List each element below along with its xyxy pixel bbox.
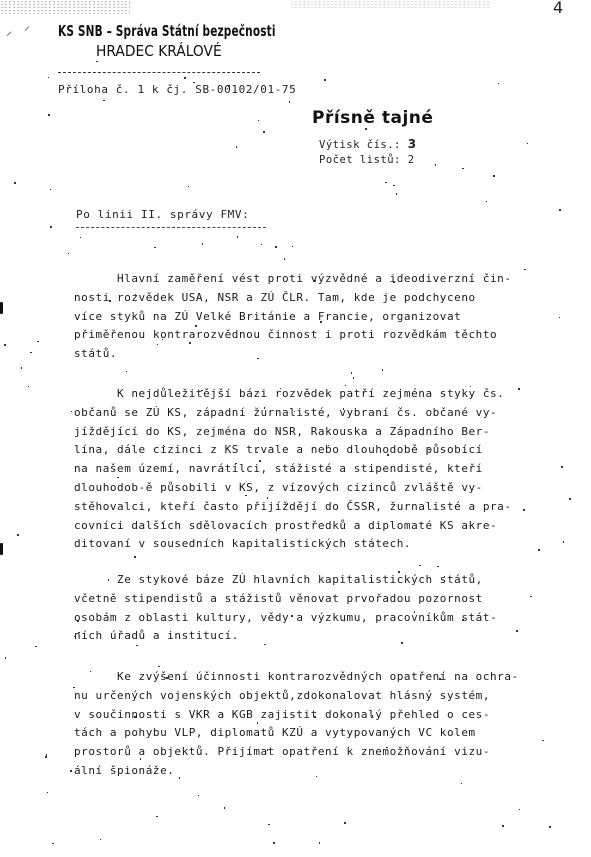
speck bbox=[444, 576, 446, 578]
text-line: ditovaní v sousedních kapitalistických s… bbox=[74, 535, 591, 554]
speck bbox=[385, 182, 387, 184]
speck bbox=[188, 186, 190, 188]
speck bbox=[73, 687, 75, 689]
copy-number-line: Výtisk čís.: 3 bbox=[319, 137, 417, 151]
speck bbox=[258, 120, 260, 122]
text-line: občanů se ZÚ KS, západní žurnalisté, vyb… bbox=[74, 404, 591, 423]
speck bbox=[519, 809, 521, 811]
speck bbox=[50, 226, 52, 228]
speck bbox=[45, 756, 47, 758]
classification-stamp: Přísně tajné bbox=[312, 108, 433, 128]
speck bbox=[237, 236, 239, 238]
speck bbox=[71, 411, 73, 413]
speck bbox=[518, 388, 520, 390]
speck bbox=[228, 85, 230, 87]
speck bbox=[559, 317, 561, 319]
speck bbox=[275, 246, 277, 248]
speck bbox=[561, 466, 563, 468]
speck bbox=[108, 579, 110, 581]
speck bbox=[284, 258, 286, 260]
speck bbox=[78, 632, 80, 634]
text-line: covníci dalších sdělovacích prostředků a… bbox=[74, 517, 591, 536]
speck bbox=[365, 128, 367, 130]
text-line: K nejdůležitější bázi rozvědek patří zej… bbox=[74, 385, 591, 404]
speck bbox=[201, 390, 203, 392]
speck bbox=[267, 497, 269, 499]
speck bbox=[559, 209, 561, 211]
speck bbox=[280, 388, 282, 390]
paragraph-3: Ze stykové báze ZÚ hlavních kapitalistic… bbox=[74, 571, 591, 646]
text-line: přiměřenou kontrarozvědnou činnost i pro… bbox=[74, 326, 591, 345]
text-line: Ze stykové báze ZÚ hlavních kapitalistic… bbox=[74, 571, 591, 590]
speck bbox=[314, 280, 316, 282]
speck bbox=[47, 792, 49, 794]
speck bbox=[309, 393, 311, 395]
speck bbox=[385, 120, 387, 122]
speck bbox=[542, 740, 544, 742]
speck bbox=[320, 321, 322, 323]
speck bbox=[96, 61, 98, 63]
speck bbox=[103, 100, 105, 102]
speck bbox=[563, 541, 565, 543]
text-line: Hlavní zaměření vést proti výzvědné a id… bbox=[74, 270, 591, 289]
speck bbox=[319, 842, 321, 844]
speck bbox=[21, 367, 23, 369]
text-line: nosti rozvědek USA, NSR a ZÚ ČLR. Tam, k… bbox=[74, 289, 591, 308]
speck bbox=[257, 722, 259, 724]
speck bbox=[382, 369, 384, 371]
text-line: osobám z oblasti kultury, vědy a výzkumu… bbox=[74, 609, 591, 628]
speck bbox=[100, 839, 102, 841]
speck bbox=[90, 671, 92, 673]
speck bbox=[48, 114, 50, 116]
speck bbox=[157, 344, 159, 346]
speck bbox=[4, 344, 6, 346]
speck bbox=[52, 843, 54, 845]
speck bbox=[387, 454, 389, 456]
text-line: stěhovalci, kteří často přijíždějí do ČS… bbox=[74, 498, 591, 517]
speck bbox=[162, 339, 164, 341]
speck bbox=[236, 146, 238, 148]
speck bbox=[386, 747, 388, 749]
speck bbox=[328, 445, 330, 447]
speck bbox=[351, 372, 353, 374]
speck bbox=[493, 175, 495, 177]
speck bbox=[287, 503, 289, 505]
page-number: 4 bbox=[553, 0, 563, 16]
speck bbox=[428, 449, 430, 451]
speck bbox=[343, 408, 345, 410]
speck bbox=[245, 495, 247, 497]
text-line: včetně stipendistů a stážistů věnovat pr… bbox=[74, 590, 591, 609]
speck bbox=[419, 565, 421, 567]
speck bbox=[70, 770, 72, 772]
speck bbox=[140, 758, 142, 760]
text-line: Ke zvýšení účinnosti kontrarozvědných op… bbox=[74, 668, 591, 687]
speck bbox=[195, 325, 197, 327]
speck bbox=[179, 777, 181, 779]
scan-noise bbox=[0, 0, 130, 14]
text-line: nu určených vojenských objektů,zdokonalo… bbox=[74, 687, 591, 706]
paragraph-2: K nejdůležitější bázi rozvědek patří zej… bbox=[74, 385, 591, 554]
speck bbox=[462, 619, 464, 621]
speck bbox=[372, 715, 374, 717]
speck bbox=[134, 556, 136, 558]
speck bbox=[294, 411, 296, 413]
speck bbox=[17, 534, 19, 536]
speck bbox=[527, 143, 529, 145]
speck bbox=[435, 164, 437, 166]
copy-number-label: Výtisk čís.: bbox=[319, 139, 401, 151]
speck bbox=[437, 566, 439, 568]
letterhead-divider bbox=[58, 72, 260, 73]
speck bbox=[126, 371, 128, 373]
speck bbox=[193, 82, 195, 84]
speck bbox=[502, 825, 504, 827]
speck bbox=[439, 678, 441, 680]
speck bbox=[264, 644, 266, 646]
speck bbox=[344, 431, 346, 433]
speck bbox=[14, 182, 16, 184]
speck bbox=[184, 77, 186, 79]
text-line: jíždějící do KS, zejména do NSR, Rakousk… bbox=[74, 423, 591, 442]
speck bbox=[401, 642, 403, 644]
speck bbox=[77, 620, 79, 622]
speck bbox=[289, 101, 291, 103]
sheet-count-label: Počet listů: bbox=[319, 154, 401, 166]
speck bbox=[166, 677, 168, 679]
speck bbox=[80, 237, 82, 239]
speck bbox=[135, 294, 137, 296]
speck bbox=[37, 341, 39, 343]
sheet-count-value: 2 bbox=[408, 154, 415, 166]
text-line: v součinnosti s VKR a KGB zajistit dokon… bbox=[74, 706, 591, 725]
speck bbox=[470, 386, 472, 388]
speck bbox=[30, 352, 32, 354]
text-line: prostorů a objektů. Přijímat opatření k … bbox=[74, 743, 591, 762]
speck bbox=[164, 446, 166, 448]
speck bbox=[393, 185, 395, 187]
speck bbox=[224, 807, 226, 809]
speck bbox=[462, 168, 464, 170]
speck bbox=[414, 611, 416, 613]
hole-punch-mark bbox=[0, 543, 3, 555]
hole-punch-mark bbox=[0, 302, 3, 314]
speck bbox=[198, 795, 200, 797]
text-line: více styků na ZÚ Velké Británie a Franci… bbox=[74, 308, 591, 327]
speck bbox=[5, 657, 7, 659]
speck bbox=[524, 269, 526, 271]
speck bbox=[292, 246, 294, 248]
speck bbox=[291, 615, 293, 617]
speck bbox=[68, 253, 70, 255]
speck bbox=[267, 749, 269, 751]
speck bbox=[549, 826, 551, 828]
speck bbox=[50, 189, 52, 191]
text-line: na našem území, navrátilci, stážisté a s… bbox=[74, 460, 591, 479]
speck bbox=[314, 716, 316, 718]
speck bbox=[162, 522, 164, 524]
paragraph-4: Ke zvýšení účinnosti kontrarozvědných op… bbox=[74, 668, 591, 781]
speck bbox=[202, 243, 204, 245]
speck bbox=[257, 358, 259, 360]
text-line: tách a pohybu VLP, diplomatů KZÚ a vytyp… bbox=[74, 724, 591, 743]
speck bbox=[35, 646, 37, 648]
speck bbox=[569, 498, 571, 500]
speck bbox=[154, 247, 156, 249]
text-line: ální špionáže. bbox=[74, 762, 591, 781]
text-line: lína, dále cizinci z KS trvale a nebo dl… bbox=[74, 441, 591, 460]
speck bbox=[530, 596, 532, 598]
speck bbox=[158, 666, 160, 668]
speck bbox=[344, 822, 346, 824]
speck bbox=[134, 716, 136, 718]
speck bbox=[28, 386, 30, 388]
speck bbox=[189, 342, 191, 344]
speck bbox=[263, 131, 265, 133]
attachment-reference: Příloha č. 1 k čj. SB-00102/01-75 bbox=[58, 83, 296, 96]
speck bbox=[398, 571, 400, 573]
speck bbox=[261, 244, 263, 246]
speck bbox=[264, 407, 266, 409]
handwritten-mark-icon: ⸝ ⸍ bbox=[6, 22, 34, 39]
speck bbox=[523, 509, 525, 511]
text-line: ních úřadů a institucí. bbox=[74, 627, 591, 646]
addressee-heading: Po linii II. správy FMV: bbox=[76, 208, 249, 221]
speck bbox=[74, 636, 76, 638]
paragraph-1: Hlavní zaměření vést proti výzvědné a id… bbox=[74, 270, 591, 364]
speck bbox=[259, 460, 261, 462]
speck bbox=[256, 452, 258, 454]
speck bbox=[268, 824, 270, 826]
speck bbox=[235, 463, 237, 465]
speck bbox=[396, 193, 398, 195]
speck bbox=[109, 300, 111, 302]
text-line: dlouhodob-ě působili v KS, z vízových ci… bbox=[74, 479, 591, 498]
addressee-underline bbox=[76, 227, 266, 228]
speck bbox=[48, 77, 50, 79]
speck bbox=[117, 477, 119, 479]
scan-noise bbox=[290, 0, 490, 10]
speck bbox=[538, 549, 540, 551]
speck bbox=[486, 201, 488, 203]
speck bbox=[345, 385, 347, 387]
speck bbox=[498, 83, 500, 85]
speck bbox=[461, 783, 463, 785]
speck bbox=[316, 776, 318, 778]
speck bbox=[206, 337, 208, 339]
speck bbox=[156, 816, 158, 818]
speck bbox=[353, 377, 355, 379]
speck bbox=[273, 842, 275, 844]
document-page: 4 ⸝ ⸍ KS SNB – Správa Státní bezpečnosti… bbox=[0, 0, 591, 857]
copy-number-value: 3 bbox=[408, 137, 417, 151]
speck bbox=[324, 79, 326, 81]
letterhead-city: HRADEC KRÁLOVÉ bbox=[96, 42, 222, 60]
speck bbox=[516, 630, 518, 632]
sheet-count-line: Počet listů: 2 bbox=[319, 154, 415, 166]
text-line: států. bbox=[74, 345, 591, 364]
letterhead-organization: KS SNB – Správa Státní bezpečnosti bbox=[58, 22, 276, 40]
speck bbox=[393, 282, 395, 284]
speck bbox=[136, 645, 138, 647]
speck bbox=[99, 90, 101, 92]
